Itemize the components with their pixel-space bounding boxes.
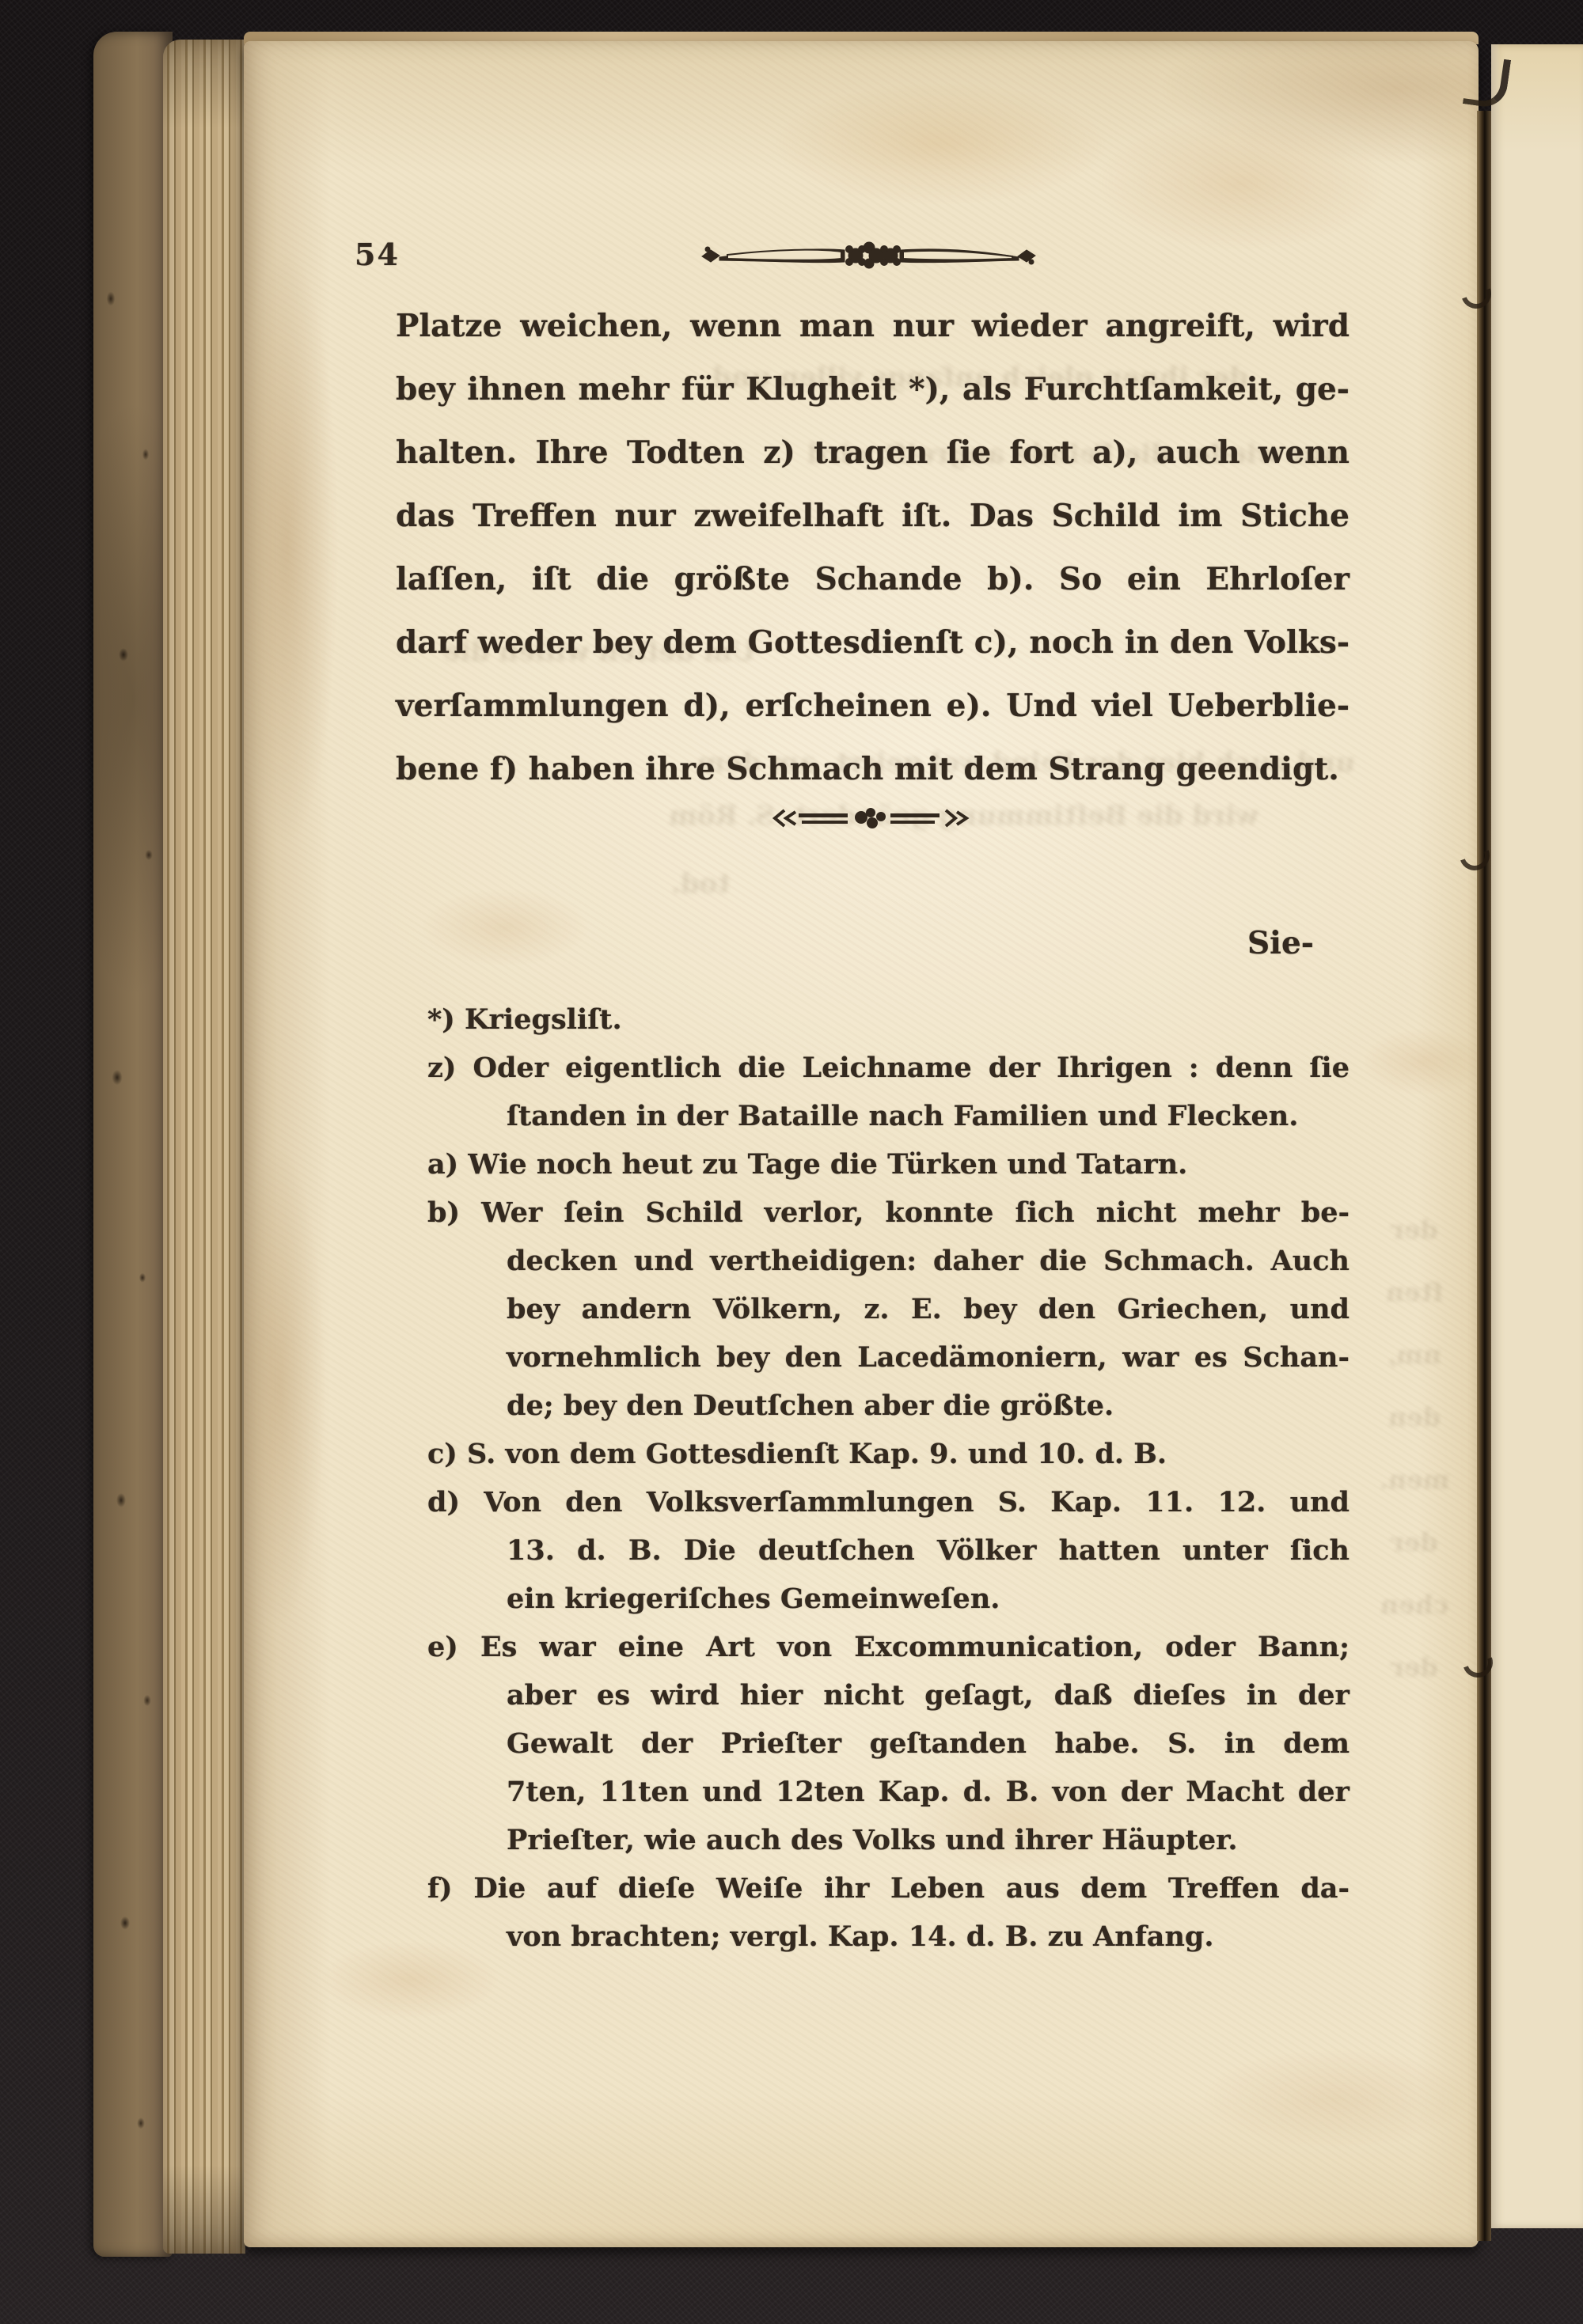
page-gutter-gap bbox=[1477, 111, 1491, 2241]
bleed-through-ghost: tod. bbox=[671, 861, 730, 907]
text-line: darf weder bey dem Gottesdienſt c), noch… bbox=[396, 611, 1350, 674]
page-number: 54 bbox=[355, 236, 400, 274]
footnote-line: 13. d. B. Die deutſchen Völker hatten un… bbox=[507, 1526, 1350, 1575]
footnote-a: a) Wie noch heut zu Tage die Türken und … bbox=[427, 1140, 1350, 1189]
footnote-star: *) Kriegsliſt. bbox=[427, 995, 1350, 1044]
footnote-b: b) Wer ſein Schild verlor, konnte ſich n… bbox=[427, 1189, 1350, 1430]
footnote-line: 7ten, 11ten und 12ten Kap. d. B. von der… bbox=[507, 1768, 1350, 1816]
footnote-f: f) Die auf dieſe Weiſe ihr Leben aus dem… bbox=[427, 1864, 1350, 1961]
text-line: bey ihnen mehr für Klugheit *), als Furc… bbox=[396, 358, 1350, 421]
footnote-line: d) Von den Volksverſammlungen S. Kap. 11… bbox=[427, 1478, 1350, 1526]
footnote-d: d) Von den Volksverſammlungen S. Kap. 11… bbox=[427, 1478, 1350, 1623]
footnote-line: vornehmlich bey den Lacedämoniern, war e… bbox=[507, 1333, 1350, 1382]
footnote-line: aber es wird hier nicht geſagt, daß dieſ… bbox=[507, 1671, 1350, 1719]
footnote-line: von brachten; vergl. Kap. 14. d. B. zu A… bbox=[507, 1913, 1350, 1961]
header-ornament-icon bbox=[700, 237, 1037, 274]
book-cover-edge bbox=[93, 32, 173, 2257]
footnote-line: decken und vertheidigen: daher die Schma… bbox=[507, 1237, 1350, 1285]
footnote-line: b) Wer ſein Schild verlor, konnte ſich n… bbox=[427, 1189, 1350, 1237]
bleed-through-margin-column: der ften nm, den men. der chen der bbox=[1355, 1199, 1474, 1699]
footnote-z: z) Oder eigentlich die Leichname der Ihr… bbox=[427, 1044, 1350, 1140]
footnote-line: Prieſter, wie auch des Volks und ihrer H… bbox=[507, 1816, 1350, 1864]
text-line: bene f) haben ihre Schmach mit dem Stran… bbox=[396, 737, 1350, 801]
section-divider-icon bbox=[772, 801, 970, 836]
text-line: das Treffen nur zweifelhaft iſt. Das Sch… bbox=[396, 484, 1350, 548]
section-divider-graphic bbox=[772, 801, 970, 836]
footnote-line: c) S. von dem Gottesdienſt Kap. 9. und 1… bbox=[427, 1430, 1350, 1478]
facing-page-edge bbox=[1491, 44, 1583, 2228]
footnote-line: bey andern Völkern, z. E. bey den Griech… bbox=[507, 1285, 1350, 1333]
page-edge-stack bbox=[163, 40, 245, 2254]
footnote-line: z) Oder eigentlich die Leichname der Ihr… bbox=[427, 1044, 1350, 1092]
text-line: verſammlungen d), erſcheinen e). Und vie… bbox=[396, 674, 1350, 737]
footnote-e: e) Es war eine Art von Excommunication, … bbox=[427, 1623, 1350, 1864]
text-line: Platze weichen, wenn man nur wieder angr… bbox=[396, 294, 1350, 358]
footnote-c: c) S. von dem Gottesdienſt Kap. 9. und 1… bbox=[427, 1430, 1350, 1478]
photo-backdrop: der ihnen gleich anfangs villen und nur … bbox=[0, 0, 1583, 2324]
footnote-line: a) Wie noch heut zu Tage die Türken und … bbox=[427, 1140, 1350, 1189]
catchword: Sie- bbox=[396, 919, 1314, 967]
footnote-line: f) Die auf dieſe Weiſe ihr Leben aus dem… bbox=[427, 1864, 1350, 1913]
footnote-line: ein kriegeriſches Gemeinweſen. bbox=[507, 1575, 1350, 1623]
footnote-line: Gewalt der Prieſter geſtanden habe. S. i… bbox=[507, 1719, 1350, 1768]
text-line: laſſen, iſt die größte Schande b). So ei… bbox=[396, 548, 1350, 611]
header-ornament-graphic bbox=[700, 237, 1037, 274]
footnote-line: e) Es war eine Art von Excommunication, … bbox=[427, 1623, 1350, 1671]
footnote-line: *) Kriegsliſt. bbox=[427, 995, 1350, 1044]
text-line: halten. Ihre Todten z) tragen ſie fort a… bbox=[396, 421, 1350, 484]
main-text: Platze weichen, wenn man nur wieder angr… bbox=[396, 294, 1350, 801]
footnote-line: de; bey den Deutſchen aber die größte. bbox=[507, 1382, 1350, 1430]
footnote-line: ſtanden in der Bataille nach Familien un… bbox=[507, 1092, 1350, 1140]
footnotes: *) Kriegsliſt. z) Oder eigentlich die Le… bbox=[427, 995, 1350, 1961]
